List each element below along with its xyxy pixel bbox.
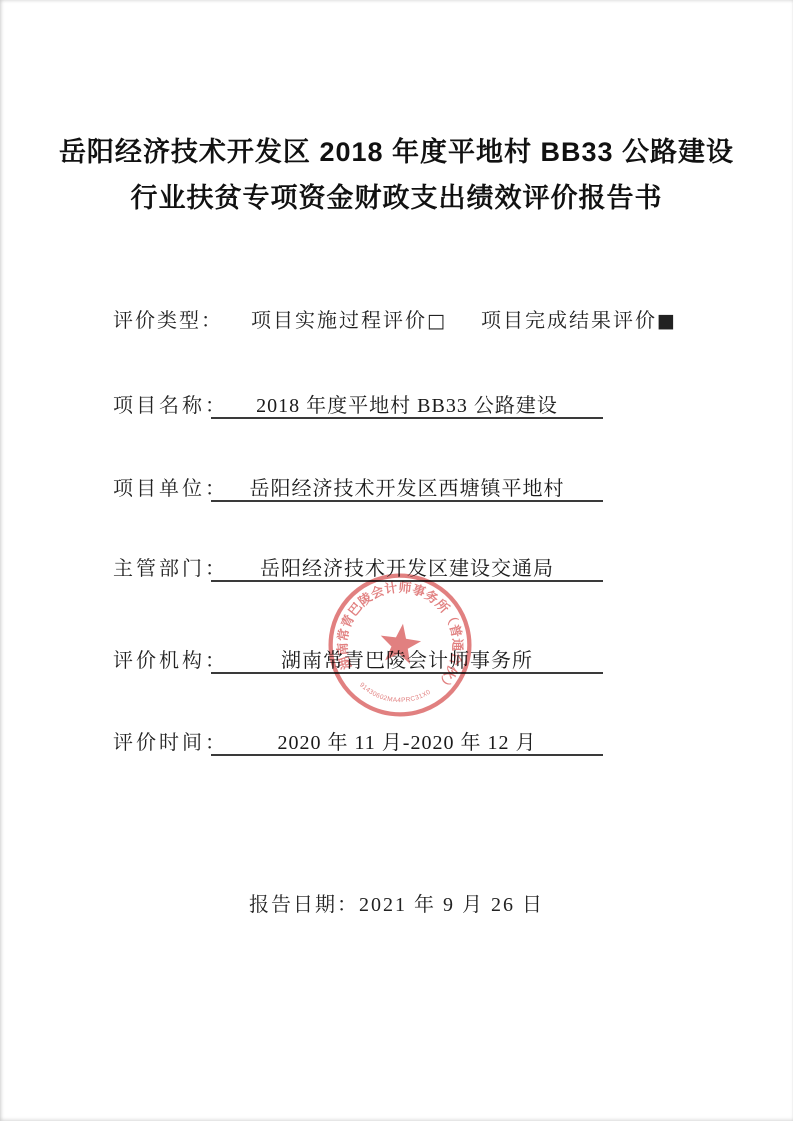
report-date: 报告日期：2021 年 9 月 26 日: [0, 888, 793, 917]
field-value-project-unit: 岳阳经济技术开发区西塘镇平地村: [250, 478, 565, 500]
document-page: 岳阳经济技术开发区 2018 年度平地村 BB33 公路建设 行业扶贫专项资金财…: [0, 0, 793, 1121]
field-row-supervising-dept: 主管部门： 岳阳经济技术开发区建设交通局: [0, 552, 793, 582]
evaluation-type-row: 评价类型：项目实施过程评价□项目完成结果评价■: [113, 304, 675, 333]
field-row-evaluation-time: 评价时间： 2020 年 11 月-2020 年 12 月: [0, 726, 793, 756]
field-value-evaluation-time: 2020 年 11 月-2020 年 12 月: [278, 732, 537, 754]
field-value-evaluation-agency: 湖南常青巴陵会计师事务所: [281, 650, 533, 672]
field-row-project-name: 项目名称： 2018 年度平地村 BB33 公路建设: [0, 389, 793, 419]
evaluation-type-label: 评价类型：: [113, 310, 223, 332]
title-line-1: 岳阳经济技术开发区 2018 年度平地村 BB33 公路建设: [0, 129, 793, 175]
field-underline-project-unit: 岳阳经济技术开发区西塘镇平地村: [211, 472, 603, 502]
checkbox-checked-icon: ■: [657, 310, 675, 332]
document-title: 岳阳经济技术开发区 2018 年度平地村 BB33 公路建设 行业扶贫专项资金财…: [0, 129, 793, 221]
title-line-2: 行业扶贫专项资金财政支出绩效评价报告书: [0, 175, 793, 221]
seal-code-text: 91430602MA4PRC31X0: [356, 679, 433, 709]
checkbox-unchecked-icon: □: [427, 310, 445, 332]
field-value-project-name: 2018 年度平地村 BB33 公路建设: [256, 395, 558, 417]
field-row-evaluation-agency: 评价机构： 湖南常青巴陵会计师事务所: [0, 644, 793, 674]
field-underline-evaluation-agency: 湖南常青巴陵会计师事务所: [211, 644, 603, 674]
seal-arc-text-group: 湖南常青巴陵会计师事务所（普通合伙）: [330, 571, 474, 695]
field-underline-project-name: 2018 年度平地村 BB33 公路建设: [211, 389, 603, 419]
evaluation-option-process-text: 项目实施过程评价: [251, 310, 427, 332]
evaluation-option-result: 项目完成结果评价■: [481, 310, 675, 332]
field-value-supervising-dept: 岳阳经济技术开发区建设交通局: [260, 558, 554, 580]
field-row-project-unit: 项目单位： 岳阳经济技术开发区西塘镇平地村: [0, 472, 793, 502]
seal-arc-text: 湖南常青巴陵会计师事务所（普通合伙）: [330, 571, 474, 695]
field-underline-evaluation-time: 2020 年 11 月-2020 年 12 月: [211, 726, 603, 756]
seal-code-group: 91430602MA4PRC31X0: [356, 679, 433, 709]
field-underline-supervising-dept: 岳阳经济技术开发区建设交通局: [211, 552, 603, 582]
evaluation-option-process: 项目实施过程评价□: [251, 310, 445, 332]
evaluation-option-result-text: 项目完成结果评价: [481, 310, 657, 332]
